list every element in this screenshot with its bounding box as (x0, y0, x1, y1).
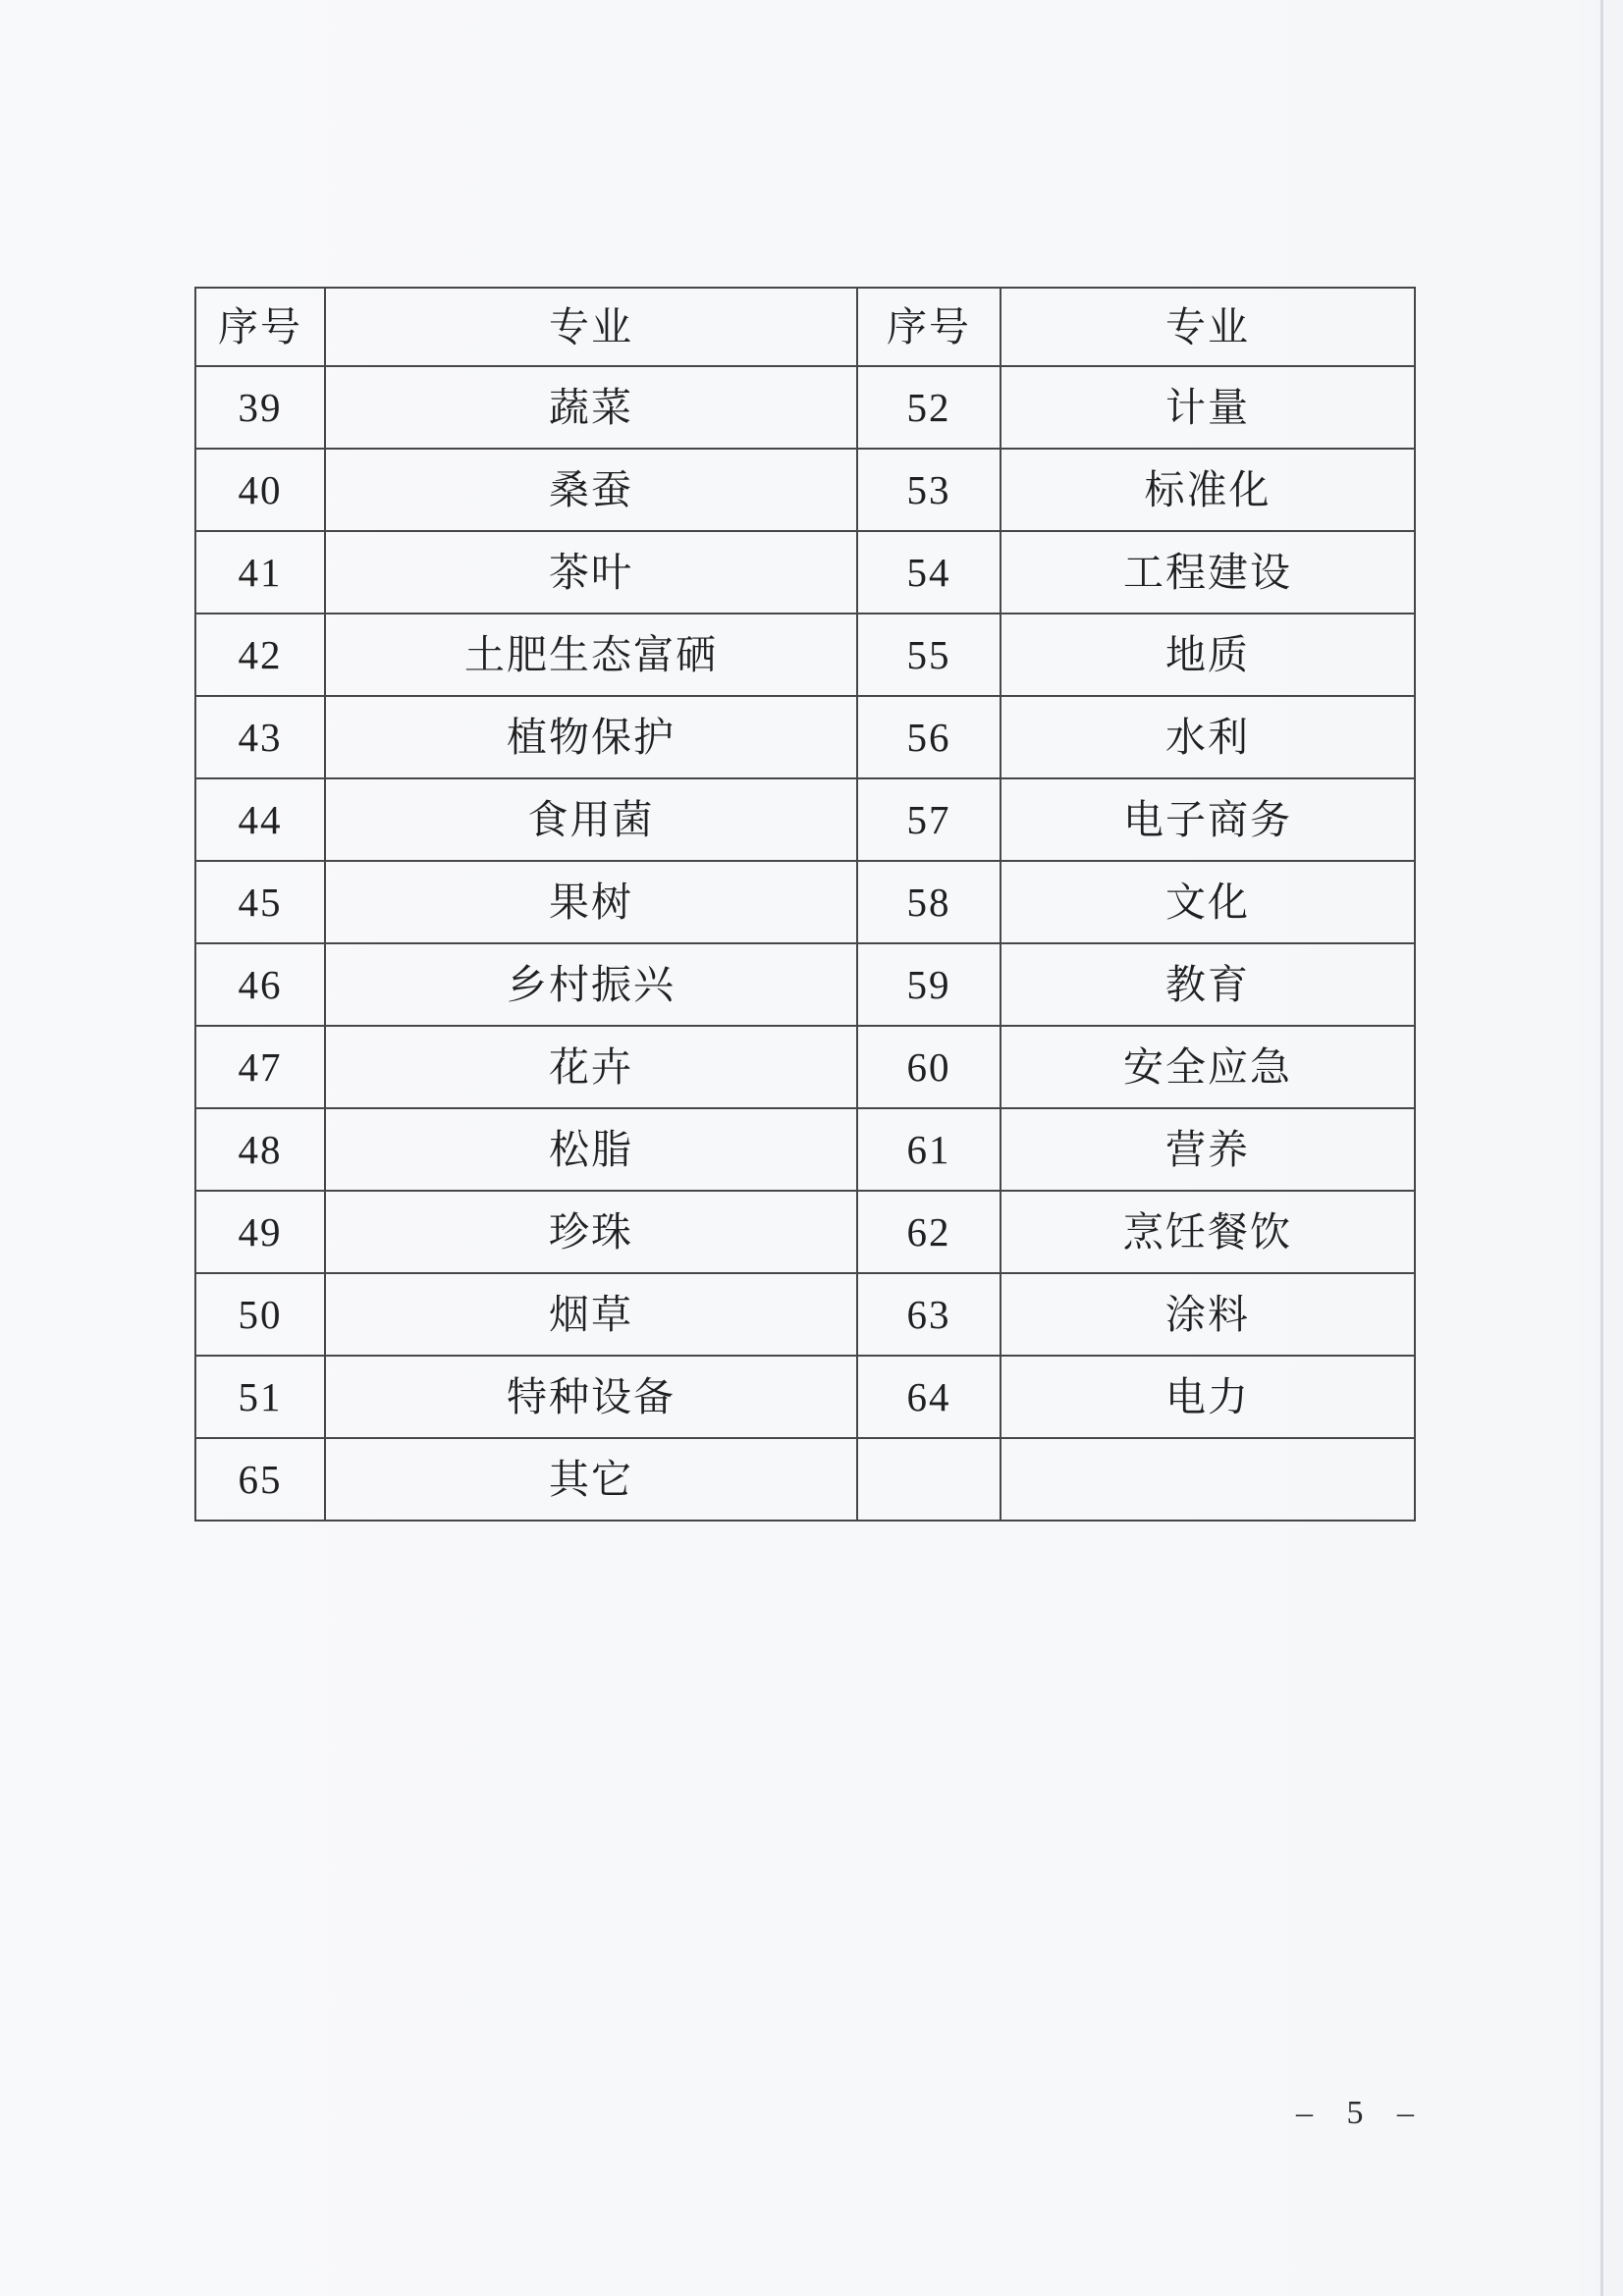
serial-cell-left: 44 (195, 778, 325, 861)
major-cell-left: 花卉 (325, 1026, 857, 1108)
serial-cell-right: 58 (857, 861, 1001, 943)
serial-cell-left: 39 (195, 366, 325, 449)
table-row: 49珍珠62烹饪餐饮 (195, 1191, 1415, 1273)
major-cell-right: 地质 (1001, 614, 1415, 696)
serial-cell-right: 61 (857, 1108, 1001, 1191)
table-body: 39蔬菜52计量40桑蚕53标准化41茶叶54工程建设42土肥生态富硒55地质4… (195, 366, 1415, 1521)
serial-cell-right: 57 (857, 778, 1001, 861)
table-row: 44食用菌57电子商务 (195, 778, 1415, 861)
serial-cell-left: 41 (195, 531, 325, 614)
major-cell-right: 安全应急 (1001, 1026, 1415, 1108)
serial-cell-left: 45 (195, 861, 325, 943)
major-cell-right: 电力 (1001, 1356, 1415, 1438)
serial-cell-left: 48 (195, 1108, 325, 1191)
serial-cell-right: 63 (857, 1273, 1001, 1356)
table-row: 41茶叶54工程建设 (195, 531, 1415, 614)
table-row: 43植物保护56水利 (195, 696, 1415, 778)
serial-cell-right: 56 (857, 696, 1001, 778)
table-row: 46乡村振兴59教育 (195, 943, 1415, 1026)
specialty-table: 序号 专业 序号 专业 39蔬菜52计量40桑蚕53标准化41茶叶54工程建设4… (194, 287, 1416, 1522)
serial-cell-left: 49 (195, 1191, 325, 1273)
scan-edge-line (1600, 0, 1603, 2296)
major-cell-left: 烟草 (325, 1273, 857, 1356)
serial-cell-left: 42 (195, 614, 325, 696)
serial-cell-right (857, 1438, 1001, 1521)
serial-cell-right: 52 (857, 366, 1001, 449)
major-cell-left: 蔬菜 (325, 366, 857, 449)
major-cell-left: 食用菌 (325, 778, 857, 861)
table-row: 51特种设备64电力 (195, 1356, 1415, 1438)
major-cell-right: 烹饪餐饮 (1001, 1191, 1415, 1273)
serial-cell-right: 53 (857, 449, 1001, 531)
major-cell-right: 教育 (1001, 943, 1415, 1026)
major-cell-left: 土肥生态富硒 (325, 614, 857, 696)
header-major-right: 专业 (1001, 288, 1415, 366)
serial-cell-left: 46 (195, 943, 325, 1026)
major-cell-right: 工程建设 (1001, 531, 1415, 614)
header-serial-right: 序号 (857, 288, 1001, 366)
serial-cell-left: 43 (195, 696, 325, 778)
major-cell-right: 电子商务 (1001, 778, 1415, 861)
major-cell-right: 水利 (1001, 696, 1415, 778)
major-cell-left: 松脂 (325, 1108, 857, 1191)
table-row: 47花卉60安全应急 (195, 1026, 1415, 1108)
page-number: – 5 – (1296, 2095, 1424, 2132)
major-cell-left: 茶叶 (325, 531, 857, 614)
table-row: 40桑蚕53标准化 (195, 449, 1415, 531)
header-major-left: 专业 (325, 288, 857, 366)
major-cell-left: 其它 (325, 1438, 857, 1521)
major-cell-right: 营养 (1001, 1108, 1415, 1191)
table-row: 45果树58文化 (195, 861, 1415, 943)
serial-cell-right: 54 (857, 531, 1001, 614)
serial-cell-right: 62 (857, 1191, 1001, 1273)
table-row: 42土肥生态富硒55地质 (195, 614, 1415, 696)
serial-cell-right: 64 (857, 1356, 1001, 1438)
major-cell-left: 珍珠 (325, 1191, 857, 1273)
table-header: 序号 专业 序号 专业 (195, 288, 1415, 366)
major-cell-left: 特种设备 (325, 1356, 857, 1438)
major-cell-right (1001, 1438, 1415, 1521)
serial-cell-right: 59 (857, 943, 1001, 1026)
serial-cell-left: 50 (195, 1273, 325, 1356)
major-cell-left: 桑蚕 (325, 449, 857, 531)
table-row: 50烟草63涂料 (195, 1273, 1415, 1356)
header-serial-left: 序号 (195, 288, 325, 366)
serial-cell-left: 40 (195, 449, 325, 531)
major-cell-right: 计量 (1001, 366, 1415, 449)
table-row: 65其它 (195, 1438, 1415, 1521)
table-row: 48松脂61营养 (195, 1108, 1415, 1191)
serial-cell-right: 60 (857, 1026, 1001, 1108)
header-row: 序号 专业 序号 专业 (195, 288, 1415, 366)
serial-cell-left: 51 (195, 1356, 325, 1438)
major-cell-left: 乡村振兴 (325, 943, 857, 1026)
serial-cell-right: 55 (857, 614, 1001, 696)
major-cell-right: 文化 (1001, 861, 1415, 943)
major-cell-right: 涂料 (1001, 1273, 1415, 1356)
serial-cell-left: 65 (195, 1438, 325, 1521)
major-cell-right: 标准化 (1001, 449, 1415, 531)
major-cell-left: 植物保护 (325, 696, 857, 778)
serial-cell-left: 47 (195, 1026, 325, 1108)
major-cell-left: 果树 (325, 861, 857, 943)
table-row: 39蔬菜52计量 (195, 366, 1415, 449)
document-page: 序号 专业 序号 专业 39蔬菜52计量40桑蚕53标准化41茶叶54工程建设4… (0, 0, 1623, 2296)
